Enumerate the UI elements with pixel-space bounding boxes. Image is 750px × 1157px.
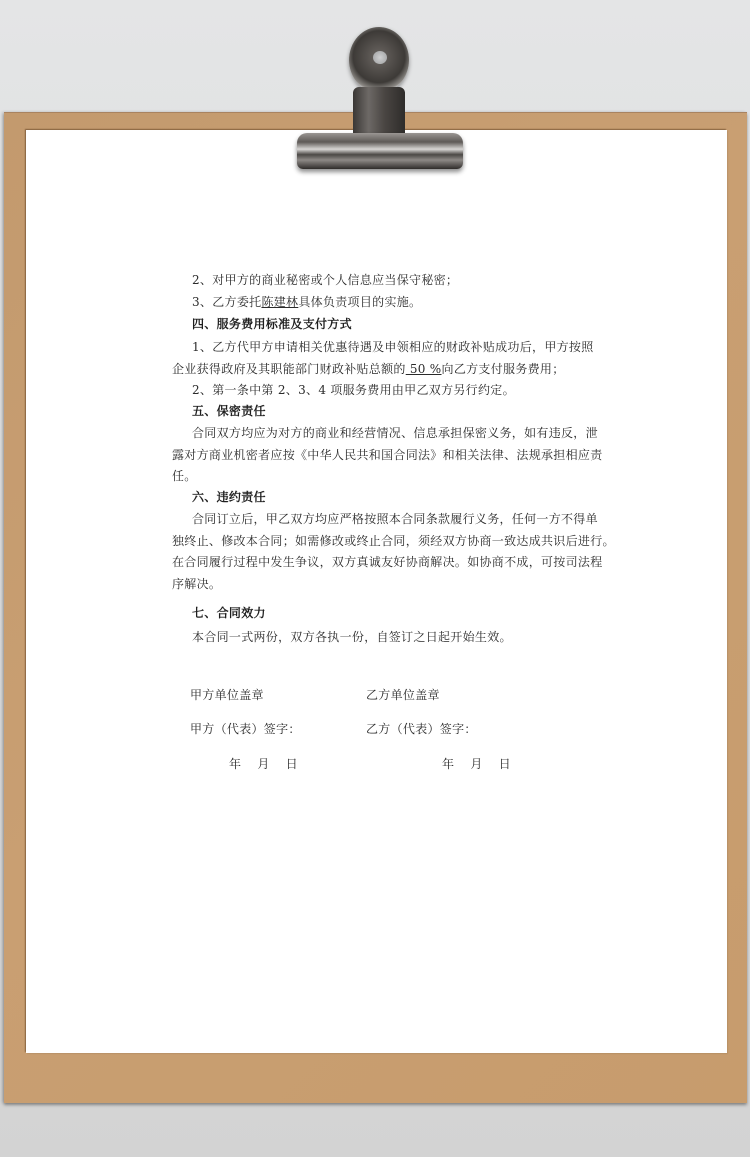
paragraph-line: 2、第一条中第 2、3、4 项服务费用由甲乙双方另行约定。 — [192, 382, 515, 398]
paragraph-line: 企业获得政府及其职能部门财政补贴总额的 50 %向乙方支付服务费用； — [172, 361, 565, 377]
section-heading: 四、服务费用标准及支付方式 — [192, 316, 352, 332]
paragraph-line: 合同双方均应为对方的商业和经营情况、信息承担保密义务，如有违反，泄 — [192, 425, 598, 441]
section-heading: 七、合同效力 — [192, 605, 266, 621]
paragraph-line: 独终止、修改本合同；如需修改或终止合同，须经双方协商一致达成共识后进行。 — [172, 533, 615, 549]
party-b-date: 年月日 — [442, 756, 511, 772]
paragraph-line: 1、乙方代甲方申请相关优惠待遇及申领相应的财政补贴成功后，甲方按照 — [192, 339, 594, 355]
party-b-seal-label: 乙方单位盖章 — [366, 687, 440, 703]
party-a-date: 年月日 — [229, 756, 298, 772]
paragraph-line: 本合同一式两份，双方各执一份，自签订之日起开始生效。 — [192, 629, 512, 645]
responsible-person: 陈建林 — [261, 295, 298, 309]
clause-item: 3、乙方委托陈建林具体负责项目的实施。 — [192, 294, 421, 310]
fee-percentage: 50 % — [406, 362, 442, 376]
paragraph-line: 序解决。 — [172, 576, 221, 592]
section-heading: 五、保密责任 — [192, 403, 266, 419]
party-b-sign-label: 乙方（代表）签字： — [366, 721, 477, 737]
paragraph-line: 露对方商业机密者应按《中华人民共和国合同法》和相关法律、法规承担相应责 — [172, 447, 603, 463]
binder-clip-icon — [295, 25, 465, 170]
clause-item: 2、对甲方的商业秘密或个人信息应当保守秘密； — [192, 272, 458, 288]
section-heading: 六、违约责任 — [192, 489, 266, 505]
party-a-sign-label: 甲方（代表）签字： — [190, 721, 301, 737]
paragraph-line: 合同订立后，甲乙双方均应严格按照本合同条款履行义务，任何一方不得单 — [192, 511, 598, 527]
paragraph-line: 在合同履行过程中发生争议，双方真诚友好协商解决。如协商不成，可按司法程 — [172, 554, 603, 570]
party-a-seal-label: 甲方单位盖章 — [190, 687, 264, 703]
paragraph-line: 任。 — [172, 468, 197, 484]
paper-sheet — [26, 130, 727, 1053]
